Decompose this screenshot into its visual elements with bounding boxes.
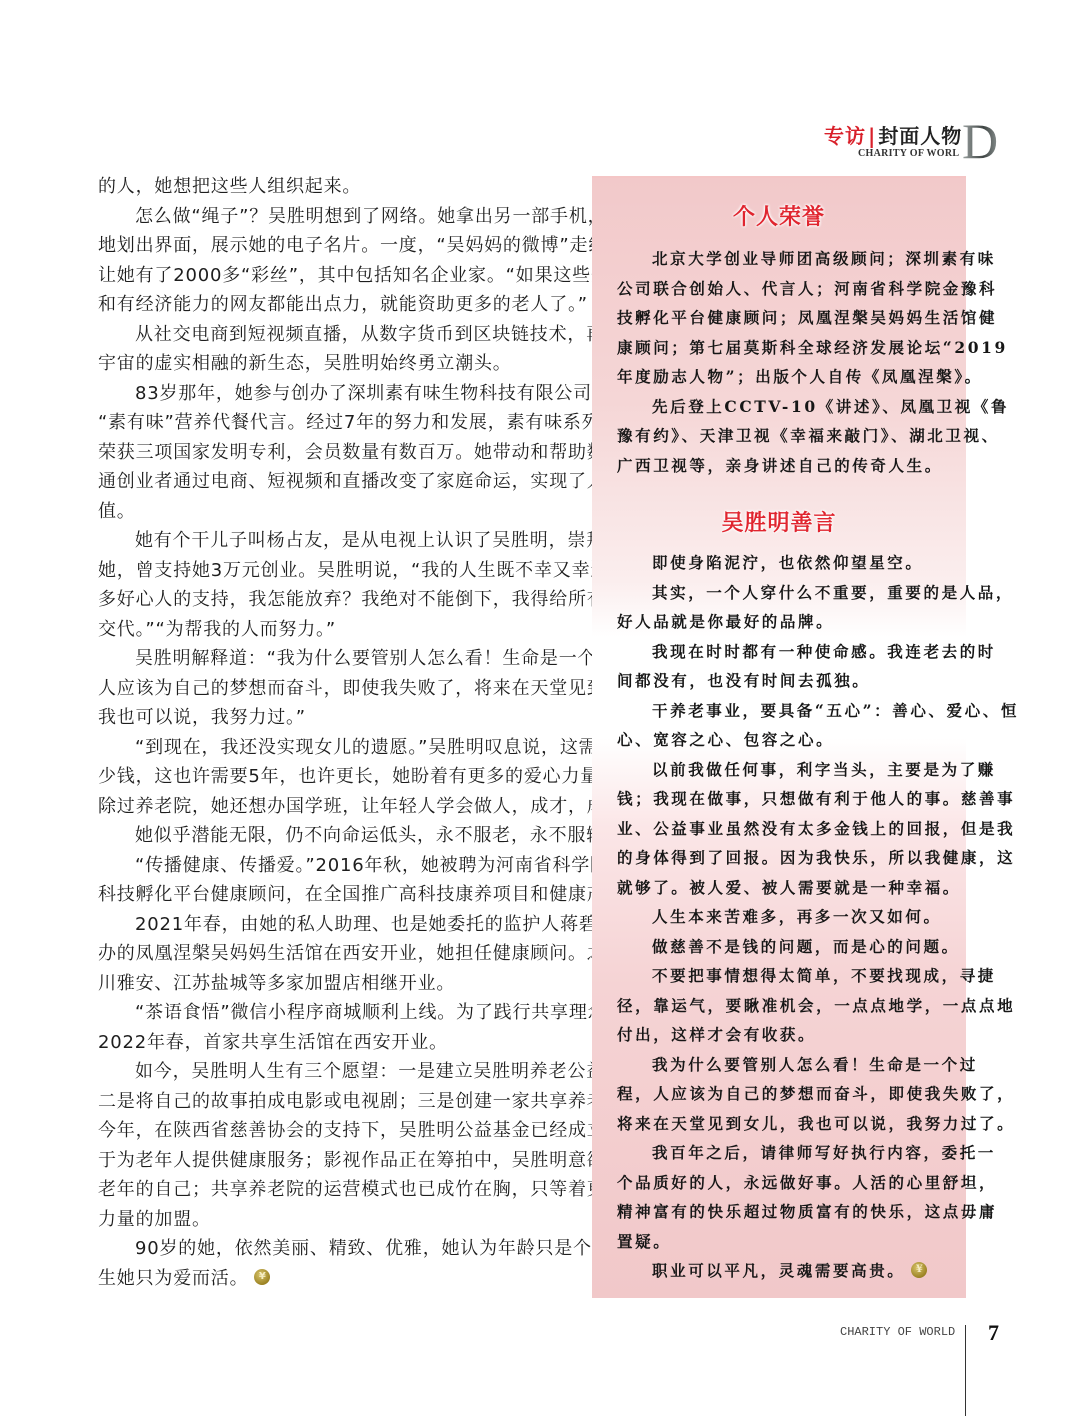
text-line: 个品质好的人，永远做好事。人活的心里舒坦， bbox=[617, 1168, 957, 1198]
text-line-content: 她，曾支持她3万元创业。吴胜明说，“我的人生既不幸又幸运，这么 bbox=[98, 560, 666, 581]
footer-divider bbox=[965, 1325, 966, 1416]
text-line-content: 二是将自己的故事拍成电影或电视剧；三是创建一家共享养老院。 bbox=[98, 1091, 643, 1112]
section-header: 专访|封面人物 CHARITY OF WORL D bbox=[820, 118, 1010, 168]
end-mark-icon: ¥ bbox=[254, 1269, 270, 1285]
text-line: 径，靠运气，要瞅准机会，一点点地学，一点点地 bbox=[617, 991, 957, 1021]
text-line-content: 做慈善不是钱的问题，而是心的问题。 bbox=[652, 937, 960, 956]
text-line-content: 我现在时时都有一种使命感。我连老去的时 bbox=[652, 642, 996, 661]
text-line: 力量的加盟。 bbox=[98, 1205, 576, 1235]
text-line: 公司联合创始人、代言人；河南省科学院金豫科 bbox=[617, 274, 957, 304]
text-line-content: 精神富有的快乐超过物质富有的快乐，这点毋庸 bbox=[617, 1202, 997, 1221]
text-line-content: 值。 bbox=[98, 501, 136, 522]
text-line: 不要把事情想得太简单，不要找现成，寻捷 bbox=[617, 961, 957, 991]
text-line-content: 除过养老院，她还想办国学班，让年轻人学会做人，成才，成功！ bbox=[98, 796, 643, 817]
text-line-content: 广西卫视等，亲身讲述自己的传奇人生。 bbox=[617, 456, 943, 475]
text-line-content: 老年的自己；共享养老院的运营模式也已成竹在胸，只等着更多社会 bbox=[98, 1179, 662, 1200]
text-line: 好人品就是你最好的品牌。 bbox=[617, 607, 957, 637]
text-line-content: 豫有约》、天津卫视《幸福来敲门》、湖北卫视、 bbox=[617, 426, 1000, 445]
text-line-content: 其实，一个人穿什么不重要，重要的是人品， bbox=[652, 583, 1014, 602]
section-label-interview: 专访 bbox=[824, 124, 866, 148]
text-line: 她有个干儿子叫杨占友，是从电视上认识了吴胜明，崇拜、敬佩 bbox=[98, 526, 576, 556]
text-line-content: 程，人应该为自己的梦想而奋斗，即使我失败了， bbox=[617, 1084, 1015, 1103]
text-line-content: 和有经济能力的网友都能出点力，就能资助更多的老人了。” bbox=[98, 294, 588, 315]
text-line-content: 从社交电商到短视频直播，从数字货币到区块链技术，再到元 bbox=[135, 324, 643, 345]
text-line: 她似乎潜能无限，仍不向命运低头，永不服老，永不服输。 bbox=[98, 821, 576, 851]
text-line: 康顾问；第七届莫斯科全球经济发展论坛“2019 bbox=[617, 333, 957, 363]
text-line-content: 付出，这样才会有收获。 bbox=[617, 1025, 816, 1044]
text-line: 宇宙的虚实相融的新生态，吴胜明始终勇立潮头。 bbox=[98, 349, 576, 379]
text-line: 90岁的她，依然美丽、精致、优雅，她认为年龄只是个数字，余 bbox=[98, 1234, 576, 1264]
text-line: 钱；我现在做事，只想做有利于他人的事。慈善事 bbox=[617, 784, 957, 814]
text-line: 心、宽容之心、包容之心。 bbox=[617, 725, 957, 755]
text-line: 川雅安、江苏盐城等多家加盟店相继开业。 bbox=[98, 969, 576, 999]
text-line-content: 我百年之后，请律师写好执行内容，委托一 bbox=[652, 1143, 996, 1162]
text-line-content: 以前我做任何事，利字当头，主要是为了赚 bbox=[652, 760, 996, 779]
text-line-content: 技孵化平台健康顾问；凤凰涅槃吴妈妈生活馆健 bbox=[617, 308, 997, 327]
text-line: 多好心人的支持，我怎能放弃？我绝对不能倒下，我得给所有人一个 bbox=[98, 585, 576, 615]
text-line: 的人，她想把这些人组织起来。 bbox=[98, 172, 576, 202]
text-line-content: 先后登上CCTV-10《讲述》、凤凰卫视《鲁 bbox=[652, 397, 1009, 416]
text-line: 先后登上CCTV-10《讲述》、凤凰卫视《鲁 bbox=[617, 392, 957, 422]
text-line-content: 让她有了2000多“彩丝”，其中包括知名企业家。“如果这些企业家 bbox=[98, 265, 647, 286]
text-line: 我为什么要管别人怎么看！生命是一个过 bbox=[617, 1050, 957, 1080]
text-line-content: 多好心人的支持，我怎能放弃？我绝对不能倒下，我得给所有人一个 bbox=[98, 589, 662, 610]
text-line-content: 不要把事情想得太简单，不要找现成，寻捷 bbox=[652, 966, 996, 985]
text-line: 北京大学创业导师团高级顾问；深圳素有味 bbox=[617, 244, 957, 274]
text-line-content: 个品质好的人，永远做好事。人活的心里舒坦， bbox=[617, 1173, 997, 1192]
article-body: 的人，她想把这些人组织起来。怎么做“绳子”？吴胜明想到了网络。她拿出另一部手机，… bbox=[98, 172, 576, 1293]
text-line-content: 于为老年人提供健康服务；影视作品正在筹拍中，吴胜明意欲出演 bbox=[98, 1150, 643, 1171]
text-line: 业、公益事业虽然没有太多金钱上的回报，但是我 bbox=[617, 814, 957, 844]
text-line-content: 我为什么要管别人怎么看！生命是一个过 bbox=[652, 1055, 978, 1074]
text-line-content: 心、宽容之心、包容之心。 bbox=[617, 730, 834, 749]
text-line-content: 间都没有，也没有时间去孤独。 bbox=[617, 671, 870, 690]
quotes-title: 吴胜明善言 bbox=[592, 506, 966, 537]
text-line: 少钱，这也许需要5年，也许更长，她盼着有更多的爱心力量支持。 bbox=[98, 762, 576, 792]
honors-title: 个人荣誉 bbox=[592, 200, 966, 231]
honors-section: 北京大学创业导师团高级顾问；深圳素有味公司联合创始人、代言人；河南省科学院金豫科… bbox=[617, 244, 957, 480]
text-line: 她，曾支持她3万元创业。吴胜明说，“我的人生既不幸又幸运，这么 bbox=[98, 556, 576, 586]
text-line-content: 宇宙的虚实相融的新生态，吴胜明始终勇立潮头。 bbox=[98, 353, 512, 374]
text-line: 除过养老院，她还想办国学班，让年轻人学会做人，成才，成功！ bbox=[98, 792, 576, 822]
text-line: 广西卫视等，亲身讲述自己的传奇人生。 bbox=[617, 451, 957, 481]
text-line: 以前我做任何事，利字当头，主要是为了赚 bbox=[617, 755, 957, 785]
text-line: 干养老事业，要具备“五心”：善心、爱心、恒 bbox=[617, 696, 957, 726]
text-line-content: “传播健康、传播爱。”2016年秋，她被聘为河南省科学院金豫 bbox=[135, 855, 646, 876]
text-line: 怎么做“绳子”？吴胜明想到了网络。她拿出另一部手机，熟练 bbox=[98, 202, 576, 232]
text-line-content: 即使身陷泥泞，也依然仰望星空。 bbox=[652, 553, 924, 572]
text-line: 职业可以平凡，灵魂需要高贵。¥ bbox=[617, 1256, 957, 1286]
text-line: 地划出界面，展示她的电子名片。一度，“吴妈妈的微博”走红网络， bbox=[98, 231, 576, 261]
text-line: 于为老年人提供健康服务；影视作品正在筹拍中，吴胜明意欲出演 bbox=[98, 1146, 576, 1176]
text-line: 人生本来苦难多，再多一次又如何。 bbox=[617, 902, 957, 932]
text-line: 的身体得到了回报。因为我快乐，所以我健康，这 bbox=[617, 843, 957, 873]
text-line: 值。 bbox=[98, 497, 576, 527]
text-line: 通创业者通过电商、短视频和直播改变了家庭命运，实现了人生价 bbox=[98, 467, 576, 497]
text-line-content: 今年，在陕西省慈善协会的支持下，吴胜明公益基金已经成立，致力 bbox=[98, 1120, 662, 1141]
text-line: 豫有约》、天津卫视《幸福来敲门》、湖北卫视、 bbox=[617, 421, 957, 451]
text-line: 我现在时时都有一种使命感。我连老去的时 bbox=[617, 637, 957, 667]
text-line: 生她只为爱而活。¥ bbox=[98, 1264, 576, 1294]
text-line: 2021年春，由她的私人助理、也是她委托的监护人蒋碧辉等创 bbox=[98, 910, 576, 940]
text-line: 精神富有的快乐超过物质富有的快乐，这点毋庸 bbox=[617, 1197, 957, 1227]
text-line-content: 川雅安、江苏盐城等多家加盟店相继开业。 bbox=[98, 973, 455, 994]
text-line-content: 钱；我现在做事，只想做有利于他人的事。慈善事 bbox=[617, 789, 1015, 808]
text-line-content: “到现在，我还没实现女儿的遗愿。”吴胜明叹息说，这需要不 bbox=[135, 737, 635, 758]
text-line-content: 康顾问；第七届莫斯科全球经济发展论坛“2019 bbox=[617, 338, 1008, 357]
text-line-content: “素有味”营养代餐代言。经过7年的努力和发展，素有味系列产品 bbox=[98, 412, 638, 433]
text-line-content: 职业可以平凡，灵魂需要高贵。 bbox=[652, 1261, 905, 1280]
text-line-content: 吴胜明解释道：“我为什么要管别人怎么看！生命是一个过程， bbox=[135, 648, 653, 669]
text-line-content: 年度励志人物”；出版个人自传《凤凰涅槃》。 bbox=[617, 367, 983, 386]
text-line: 和有经济能力的网友都能出点力，就能资助更多的老人了。” bbox=[98, 290, 576, 320]
text-line-content: 少钱，这也许需要5年，也许更长，她盼着有更多的爱心力量支持。 bbox=[98, 766, 655, 787]
text-line-content: 90岁的她，依然美丽、精致、优雅，她认为年龄只是个数字，余 bbox=[135, 1238, 667, 1259]
quotes-section: 即使身陷泥泞，也依然仰望星空。其实，一个人穿什么不重要，重要的是人品，好人品就是… bbox=[617, 548, 957, 1286]
magazine-name-en: CHARITY OF WORL bbox=[858, 148, 959, 159]
text-line: 科技孵化平台健康顾问，在全国推广高科技康养项目和健康产品。 bbox=[98, 880, 576, 910]
text-line-content: 将来在天堂见到女儿，我也可以说，我努力过了。 bbox=[617, 1114, 1015, 1133]
text-line: 从社交电商到短视频直播，从数字货币到区块链技术，再到元 bbox=[98, 320, 576, 350]
text-line: 办的凤凰涅槃吴妈妈生活馆在西安开业，她担任健康顾问。之后，四 bbox=[98, 939, 576, 969]
footer-magazine-name: CHARITY OF WORLD bbox=[840, 1325, 955, 1339]
text-line: 我百年之后，请律师写好执行内容，委托一 bbox=[617, 1138, 957, 1168]
text-line-content: 就够了。被人爱、被人需要就是一种幸福。 bbox=[617, 878, 961, 897]
text-line: “到现在，我还没实现女儿的遗愿。”吴胜明叹息说，这需要不 bbox=[98, 733, 576, 763]
text-line-content: 径，靠运气，要瞅准机会，一点点地学，一点点地 bbox=[617, 996, 1015, 1015]
text-line: 即使身陷泥泞，也依然仰望星空。 bbox=[617, 548, 957, 578]
section-label: 专访|封面人物 bbox=[824, 120, 962, 149]
text-line: 人应该为自己的梦想而奋斗，即使我失败了，将来在天堂见到女儿， bbox=[98, 674, 576, 704]
text-line-content: 她似乎潜能无限，仍不向命运低头，永不服老，永不服输。 bbox=[135, 825, 624, 846]
sidebar-box: 个人荣誉 北京大学创业导师团高级顾问；深圳素有味公司联合创始人、代言人；河南省科… bbox=[592, 178, 966, 1298]
text-line-content: 2022年春，首家共享生活馆在西安开业。 bbox=[98, 1032, 448, 1053]
section-separator: | bbox=[868, 124, 876, 148]
text-line-content: 交代。”“为帮我的人而努力。” bbox=[98, 619, 336, 640]
text-line-content: 83岁那年，她参与创办了深圳素有味生物科技有限公司，并为 bbox=[135, 383, 648, 404]
text-line: 就够了。被人爱、被人需要就是一种幸福。 bbox=[617, 873, 957, 903]
text-line: “传播健康、传播爱。”2016年秋，她被聘为河南省科学院金豫 bbox=[98, 851, 576, 881]
text-line: “茶语食悟”微信小程序商城顺利上线。为了践行共享理念， bbox=[98, 998, 576, 1028]
text-line: 付出，这样才会有收获。 bbox=[617, 1020, 957, 1050]
text-line: 技孵化平台健康顾问；凤凰涅槃吴妈妈生活馆健 bbox=[617, 303, 957, 333]
text-line-content: 的身体得到了回报。因为我快乐，所以我健康，这 bbox=[617, 848, 1015, 867]
text-line-content: 怎么做“绳子”？吴胜明想到了网络。她拿出另一部手机，熟练 bbox=[135, 206, 644, 227]
text-line-content: 生她只为爱而活。 bbox=[98, 1268, 248, 1289]
text-line-content: 北京大学创业导师团高级顾问；深圳素有味 bbox=[652, 249, 996, 268]
text-line-content: “茶语食悟”微信小程序商城顺利上线。为了践行共享理念， bbox=[135, 1002, 625, 1023]
page-number: 7 bbox=[988, 1320, 999, 1346]
section-label-cover-person: 封面人物 bbox=[878, 124, 962, 148]
text-line-content: 公司联合创始人、代言人；河南省科学院金豫科 bbox=[617, 279, 997, 298]
text-line: 交代。”“为帮我的人而努力。” bbox=[98, 615, 576, 645]
text-line-content: 置疑。 bbox=[617, 1232, 671, 1251]
text-line: 吴胜明解释道：“我为什么要管别人怎么看！生命是一个过程， bbox=[98, 644, 576, 674]
end-mark-icon: ¥ bbox=[911, 1262, 927, 1278]
text-line: 将来在天堂见到女儿，我也可以说，我努力过了。 bbox=[617, 1109, 957, 1139]
text-line-content: 如今，吴胜明人生有三个愿望：一是建立吴胜明养老公益基金； bbox=[135, 1061, 661, 1082]
text-line: 做慈善不是钱的问题，而是心的问题。 bbox=[617, 932, 957, 962]
text-line-content: 办的凤凰涅槃吴妈妈生活馆在西安开业，她担任健康顾问。之后，四 bbox=[98, 943, 662, 964]
text-line-content: 好人品就是你最好的品牌。 bbox=[617, 612, 834, 631]
text-line-content: 她有个干儿子叫杨占友，是从电视上认识了吴胜明，崇拜、敬佩 bbox=[135, 530, 661, 551]
text-line: 如今，吴胜明人生有三个愿望：一是建立吴胜明养老公益基金； bbox=[98, 1057, 576, 1087]
text-line: 荣获三项国家发明专利，会员数量有数百万。她带动和帮助数万名普 bbox=[98, 438, 576, 468]
text-line: 年度励志人物”；出版个人自传《凤凰涅槃》。 bbox=[617, 362, 957, 392]
text-line: 置疑。 bbox=[617, 1227, 957, 1257]
text-line-content: 我也可以说，我努力过。” bbox=[98, 707, 306, 728]
text-line: 老年的自己；共享养老院的运营模式也已成竹在胸，只等着更多社会 bbox=[98, 1175, 576, 1205]
text-line-content: 业、公益事业虽然没有太多金钱上的回报，但是我 bbox=[617, 819, 1015, 838]
text-line: 间都没有，也没有时间去孤独。 bbox=[617, 666, 957, 696]
text-line-content: 干养老事业，要具备“五心”：善心、爱心、恒 bbox=[652, 701, 1019, 720]
text-line: 其实，一个人穿什么不重要，重要的是人品， bbox=[617, 578, 957, 608]
text-line: 二是将自己的故事拍成电影或电视剧；三是创建一家共享养老院。 bbox=[98, 1087, 576, 1117]
text-line: 83岁那年，她参与创办了深圳素有味生物科技有限公司，并为 bbox=[98, 379, 576, 409]
text-line: 让她有了2000多“彩丝”，其中包括知名企业家。“如果这些企业家 bbox=[98, 261, 576, 291]
text-line-content: 力量的加盟。 bbox=[98, 1209, 211, 1230]
text-line-content: 人生本来苦难多，再多一次又如何。 bbox=[652, 907, 942, 926]
text-line-content: 2021年春，由她的私人助理、也是她委托的监护人蒋碧辉等创 bbox=[135, 914, 654, 935]
magazine-logo-initial: D bbox=[962, 112, 998, 170]
text-line-content: 人应该为自己的梦想而奋斗，即使我失败了，将来在天堂见到女儿， bbox=[98, 678, 662, 699]
text-line: 今年，在陕西省慈善协会的支持下，吴胜明公益基金已经成立，致力 bbox=[98, 1116, 576, 1146]
text-line: 2022年春，首家共享生活馆在西安开业。 bbox=[98, 1028, 576, 1058]
text-line: 我也可以说，我努力过。” bbox=[98, 703, 576, 733]
text-line-content: 地划出界面，展示她的电子名片。一度，“吴妈妈的微博”走红网络， bbox=[98, 235, 663, 256]
text-line: “素有味”营养代餐代言。经过7年的努力和发展，素有味系列产品 bbox=[98, 408, 576, 438]
text-line-content: 通创业者通过电商、短视频和直播改变了家庭命运，实现了人生价 bbox=[98, 471, 643, 492]
text-line-content: 科技孵化平台健康顾问，在全国推广高科技康养项目和健康产品。 bbox=[98, 884, 643, 905]
text-line-content: 荣获三项国家发明专利，会员数量有数百万。她带动和帮助数万名普 bbox=[98, 442, 662, 463]
text-line-content: 的人，她想把这些人组织起来。 bbox=[98, 176, 361, 197]
text-line: 程，人应该为自己的梦想而奋斗，即使我失败了， bbox=[617, 1079, 957, 1109]
